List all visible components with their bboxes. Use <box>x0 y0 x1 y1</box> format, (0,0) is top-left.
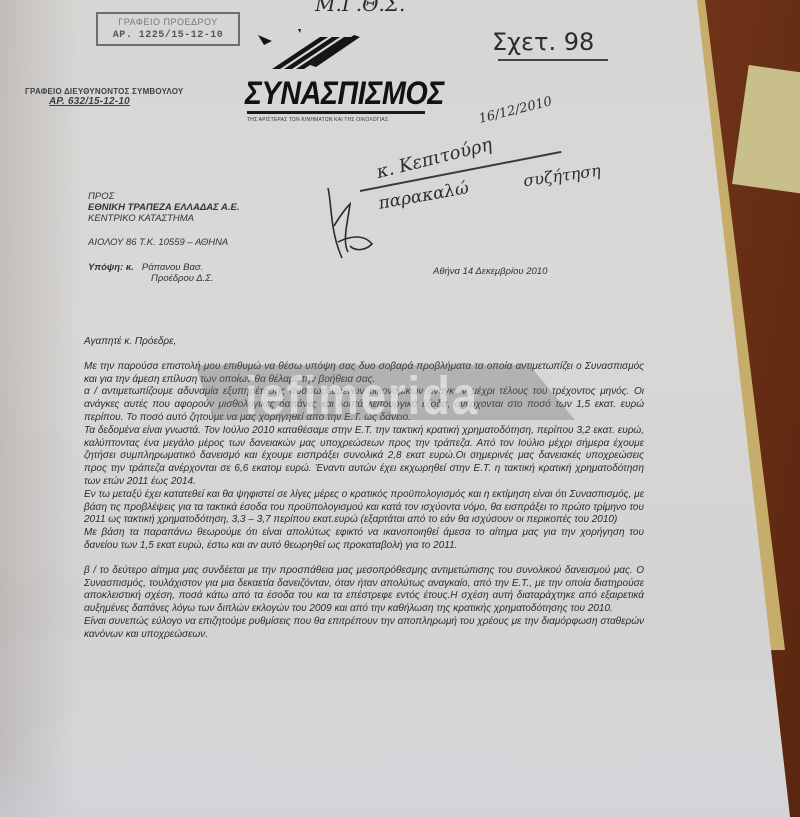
office-ref-label: ΓΡΑΦΕΙΟ ΔΙΕΥΘΥΝΟΝΤΟΣ ΣΥΜΒΟΥΛΟΥ <box>25 87 183 96</box>
signature-icon <box>320 186 380 266</box>
paragraph: Εν τω μεταξύ έχει κατατεθεί και θα ψηφισ… <box>84 489 644 527</box>
watermark: iefimerida <box>245 365 479 427</box>
handwritten-top-note: Μ.Γ.Θ.Σ. <box>315 0 405 16</box>
handwritten-date: 16/12/2010 <box>477 94 553 127</box>
page-shadow <box>0 0 80 817</box>
paragraph: Είναι συνεπώς εύλογο να επιζητούμε ρυθμί… <box>84 616 644 642</box>
recipient-bank: ΕΘΝΙΚΗ ΤΡΑΠΕΖΑ ΕΛΛΑΔΑΣ Α.Ε. <box>88 202 239 213</box>
page-glare <box>0 760 800 817</box>
letter-page: ΓΡΑΦΕΙΟ ΠΡΟΕΔΡΟΥ ΑΡ. 1225/15-12-10 ΓΡΑΦΕ… <box>0 0 800 817</box>
recipient-block: ΠΡΟΣ ΕΘΝΙΚΗ ΤΡΑΠΕΖΑ ΕΛΛΑΔΑΣ Α.Ε. ΚΕΝΤΡΙΚ… <box>88 191 239 224</box>
attention-block: Υπόψη: κ.Ράπανου Βασ. Προέδρου Δ.Σ. <box>88 262 214 284</box>
president-office-stamp: ΓΡΑΦΕΙΟ ΠΡΟΕΔΡΟΥ ΑΡ. 1225/15-12-10 <box>96 12 240 46</box>
letter-date: Αθήνα 14 Δεκεμβρίου 2010 <box>433 266 547 277</box>
attention-name: Ράπανου Βασ. <box>142 262 203 273</box>
logo-rule <box>247 111 425 114</box>
handwritten-underline <box>498 59 608 61</box>
party-logo-icon <box>250 25 370 75</box>
stamp-title: ΓΡΑΦΕΙΟ ΠΡΟΕΔΡΟΥ <box>98 16 238 29</box>
recipient-to-label: ΠΡΟΣ <box>88 191 239 202</box>
paragraph: Με βάση τα παραπάνω θεωρούμε ότι είναι α… <box>84 527 644 553</box>
handwritten-instruction-2: συζήτηση <box>522 161 602 191</box>
stamp-ref: ΑΡ. 1225/15-12-10 <box>98 29 238 42</box>
recipient-address: ΑΙΟΛΟΥ 86 Τ.Κ. 10559 – ΑΘΗΝΑ <box>88 237 228 248</box>
party-logo-subtitle: ΤΗΣ ΑΡΙΣΤΕΡΑΣ ΤΩΝ ΚΙΝΗΜΑΤΩΝ ΚΑΙ ΤΗΣ ΟΙΚΟ… <box>247 117 388 123</box>
recipient-branch: ΚΕΝΤΡΙΚΟ ΚΑΤΑΣΤΗΜΑ <box>88 213 239 224</box>
paragraph: Τα δεδομένα είναι γνωστά. Τον Ιούλιο 201… <box>84 425 644 489</box>
attention-role: Προέδρου Δ.Σ. <box>88 273 214 284</box>
handwritten-reference: Σχετ. 98 <box>492 28 594 56</box>
salutation: Αγαπητέ κ. Πρόεδρε, <box>84 336 644 349</box>
office-ref-number: ΑΡ. 632/15-12-10 <box>49 96 183 107</box>
paragraph: β / το δεύτερο αίτημα μας συνδέεται με τ… <box>84 565 644 616</box>
ceo-office-reference: ΓΡΑΦΕΙΟ ΔΙΕΥΘΥΝΟΝΤΟΣ ΣΥΜΒΟΥΛΟΥ ΑΡ. 632/1… <box>25 87 183 107</box>
attention-label: Υπόψη: κ. <box>88 262 134 273</box>
party-logo-wordmark: ΣΥΝΑΣΠΙΣΜΟΣ <box>245 75 444 112</box>
